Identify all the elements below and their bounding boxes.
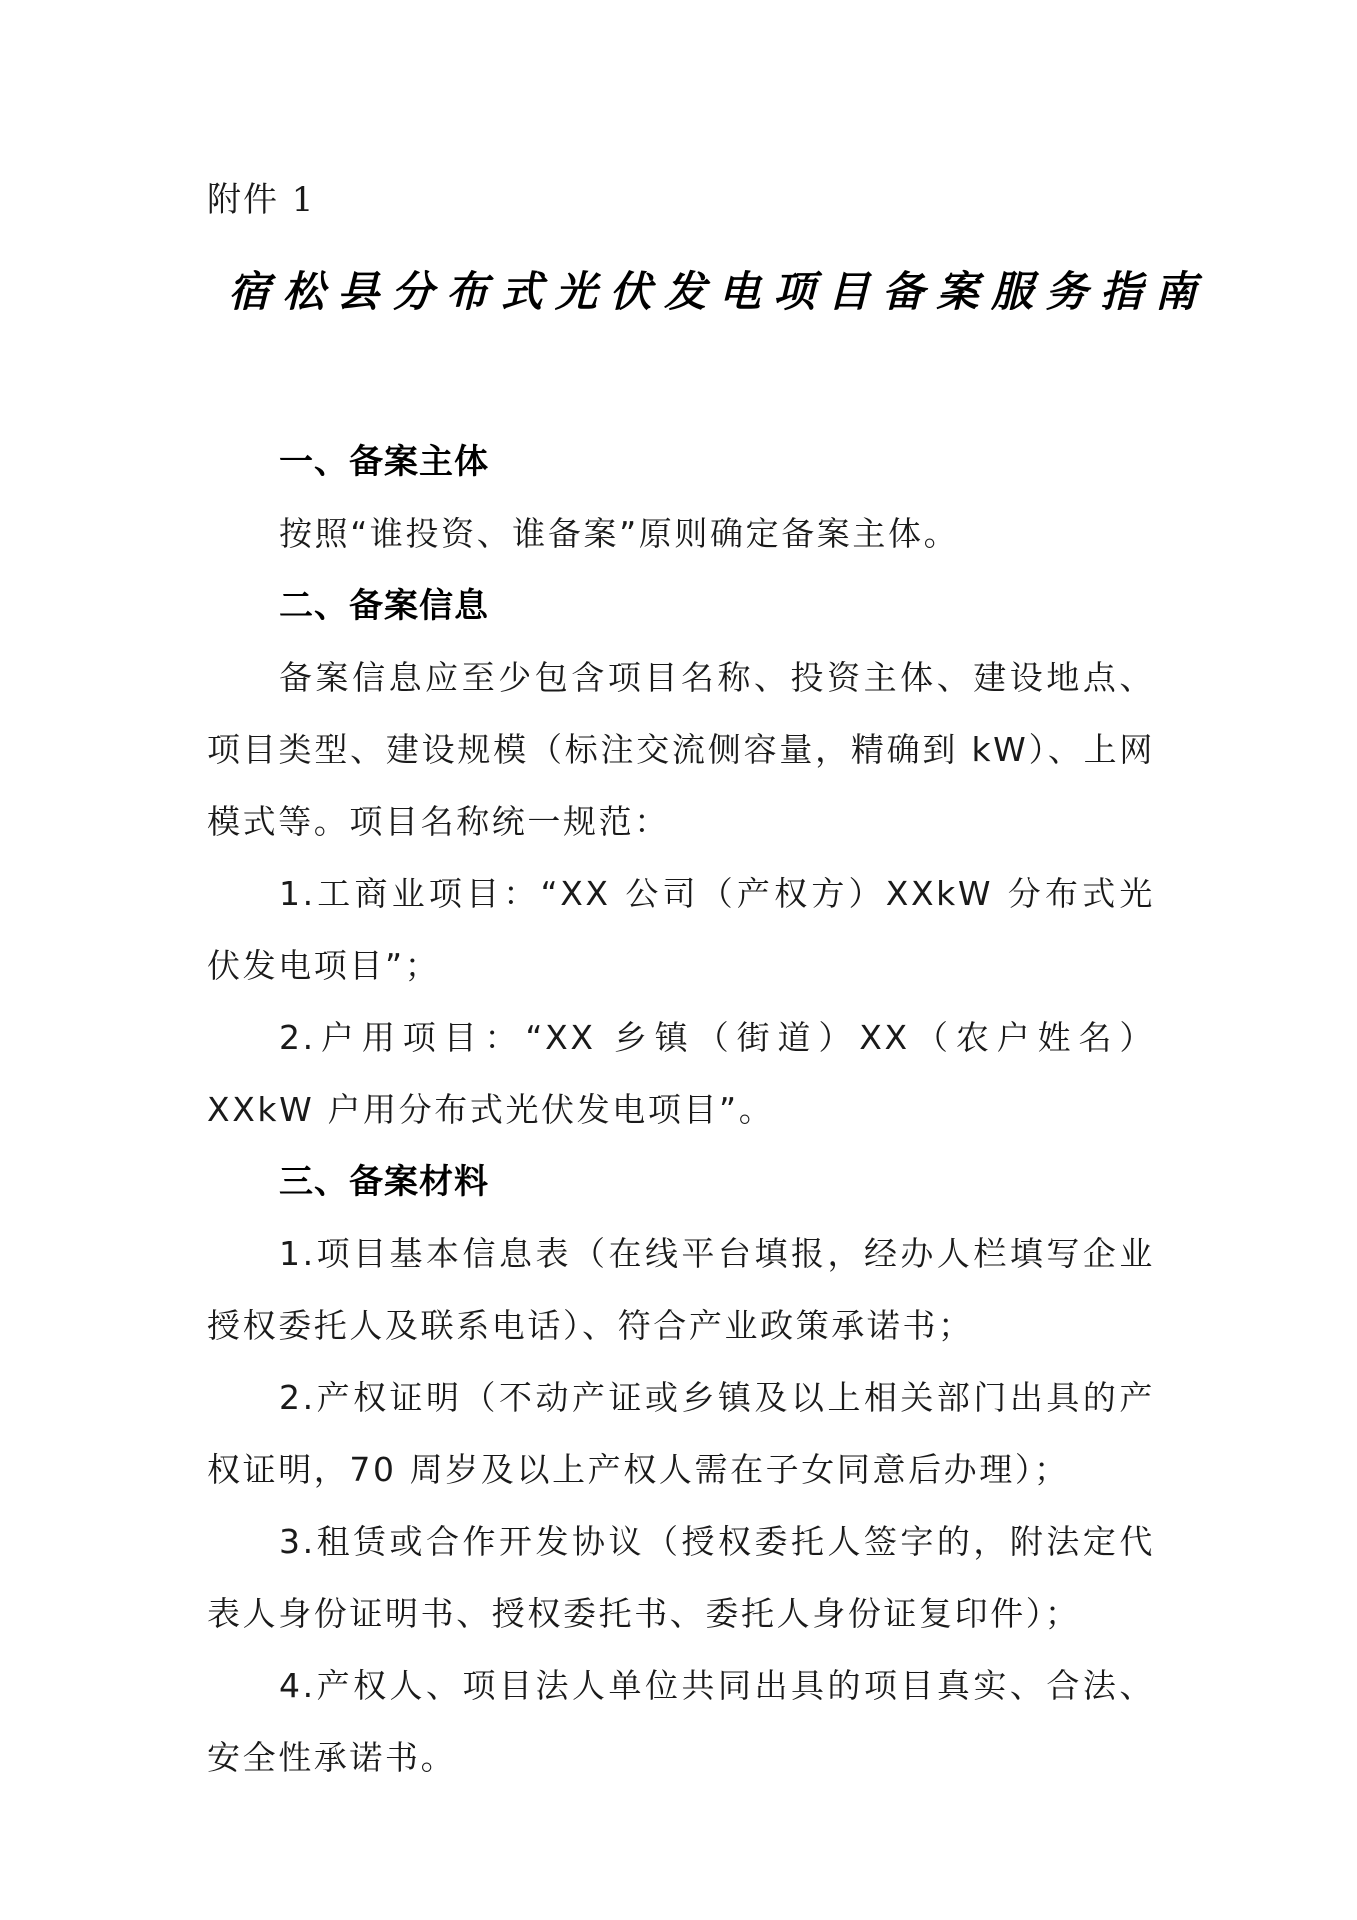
paragraph-filing-info: 备案信息应至少包含项目名称、投资主体、建设地点、项目类型、建设规模（标注交流侧容… <box>207 642 1155 858</box>
section-heading-filing-materials: 三、备案材料 <box>207 1146 1155 1218</box>
list-item-basic-info-form: 1.项目基本信息表（在线平台填报，经办人栏填写企业授权委托人及联系电话）、符合产… <box>207 1218 1155 1362</box>
attachment-label: 附件 1 <box>207 176 315 224</box>
document-body: 一、备案主体 按照“谁投资、谁备案”原则确定备案主体。 二、备案信息 备案信息应… <box>207 426 1155 1794</box>
list-item-household-project: 2.户用项目：“XX 乡镇（街道）XX（农户姓名）XXkW 户用分布式光伏发电项… <box>207 1002 1155 1146</box>
list-item-commercial-project: 1.工商业项目：“XX 公司（产权方）XXkW 分布式光伏发电项目”； <box>207 858 1155 1002</box>
document-page: 附件 1 宿松县分布式光伏发电项目备案服务指南 一、备案主体 按照“谁投资、谁备… <box>0 0 1357 1920</box>
list-item-commitment-letter: 4.产权人、项目法人单位共同出具的项目真实、合法、安全性承诺书。 <box>207 1650 1155 1794</box>
paragraph-filing-subject: 按照“谁投资、谁备案”原则确定备案主体。 <box>207 498 1155 570</box>
section-heading-filing-subject: 一、备案主体 <box>207 426 1155 498</box>
list-item-property-proof: 2.产权证明（不动产证或乡镇及以上相关部门出具的产权证明，70 周岁及以上产权人… <box>207 1362 1155 1506</box>
document-title: 宿松县分布式光伏发电项目备案服务指南 <box>228 262 1138 322</box>
list-item-lease-agreement: 3.租赁或合作开发协议（授权委托人签字的，附法定代表人身份证明书、授权委托书、委… <box>207 1506 1155 1650</box>
section-heading-filing-info: 二、备案信息 <box>207 570 1155 642</box>
